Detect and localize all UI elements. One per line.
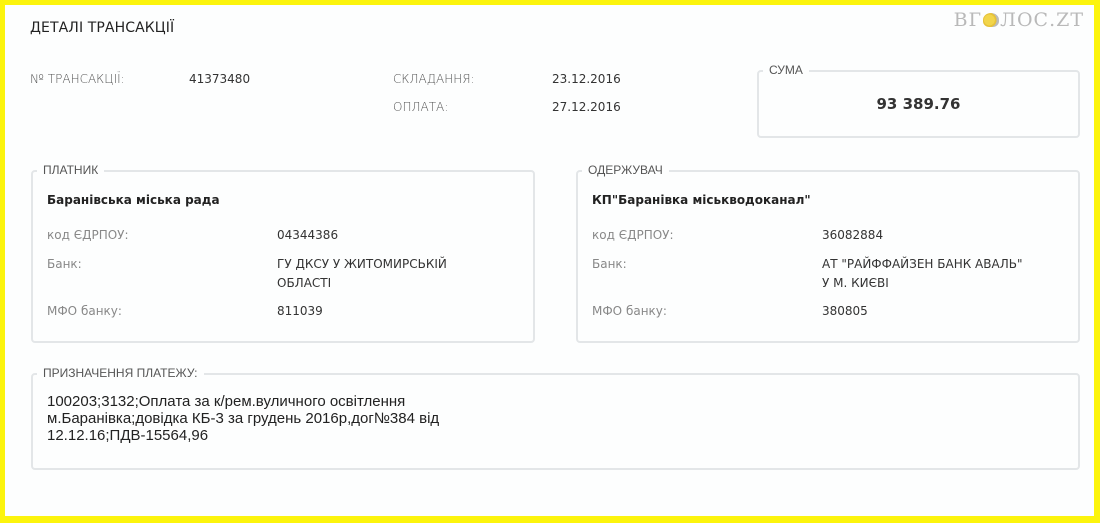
payer-edrpou-label: код ЄДРПОУ:	[47, 228, 129, 242]
transaction-number-label: № ТРАНСАКЦІЇ:	[30, 72, 125, 86]
payment-purpose-legend: ПРИЗНАЧЕННЯ ПЛАТЕЖУ:	[37, 365, 204, 381]
payer-name: Баранівська міська рада	[47, 193, 220, 207]
speaker-wave-icon	[983, 13, 999, 27]
payer-edrpou-value: 04344386	[277, 226, 537, 245]
amount-value: 93 389.76	[759, 95, 1078, 113]
recipient-bank-line2: У М. КИЄВІ	[822, 274, 1082, 293]
amount-label: СУМА	[763, 62, 809, 78]
purpose-line2: м.Баранівка;довідка КБ-3 за грудень 2016…	[47, 410, 507, 427]
paid-date-label: ОПЛАТА:	[393, 100, 448, 114]
payer-bank-line1: ГУ ДКСУ У ЖИТОМИРСЬКІЙ	[277, 255, 537, 274]
recipient-box: ОДЕРЖУВАЧ КП"Баранівка міськводоканал" к…	[576, 170, 1080, 343]
site-logo: ВГ ЛОС.ZT	[954, 9, 1084, 31]
payer-bank-label: Банк:	[47, 257, 82, 271]
logo-text-left: ВГ	[954, 9, 983, 31]
recipient-name: КП"Баранівка міськводоканал"	[592, 193, 811, 207]
amount-box: СУМА 93 389.76	[757, 70, 1080, 138]
recipient-bank-line1: АТ "РАЙФФАЙЗЕН БАНК АВАЛЬ"	[822, 255, 1082, 274]
recipient-edrpou-value: 36082884	[822, 226, 1082, 245]
recipient-mfo-value: 380805	[822, 302, 1082, 321]
purpose-line1: 100203;3132;Оплата за к/рем.вуличного ос…	[47, 393, 507, 410]
payment-purpose-text: 100203;3132;Оплата за к/рем.вуличного ос…	[47, 393, 507, 444]
recipient-bank-label: Банк:	[592, 257, 627, 271]
transaction-details-panel: ДЕТАЛІ ТРАНСАКЦІЇ ВГ ЛОС.ZT № ТРАНСАКЦІЇ…	[5, 5, 1094, 516]
recipient-bank-value: АТ "РАЙФФАЙЗЕН БАНК АВАЛЬ" У М. КИЄВІ	[822, 255, 1082, 293]
paid-date-value: 27.12.2016	[552, 100, 621, 114]
recipient-mfo-label: МФО банку:	[592, 304, 667, 318]
page-title: ДЕТАЛІ ТРАНСАКЦІЇ	[30, 20, 174, 36]
recipient-edrpou-label: код ЄДРПОУ:	[592, 228, 674, 242]
payer-box: ПЛАТНИК Баранівська міська рада код ЄДРП…	[31, 170, 535, 343]
logo-text-right: ЛОС.ZT	[1000, 9, 1084, 31]
payment-purpose-box: ПРИЗНАЧЕННЯ ПЛАТЕЖУ: 100203;3132;Оплата …	[31, 373, 1080, 470]
payer-bank-line2: ОБЛАСТІ	[277, 274, 537, 293]
payer-bank-value: ГУ ДКСУ У ЖИТОМИРСЬКІЙ ОБЛАСТІ	[277, 255, 537, 293]
purpose-line3: 12.12.16;ПДВ-15564,96	[47, 427, 507, 444]
created-date-label: СКЛАДАННЯ:	[393, 72, 475, 86]
transaction-number-value: 41373480	[189, 72, 250, 86]
payer-legend: ПЛАТНИК	[37, 162, 104, 178]
payer-mfo-value: 811039	[277, 302, 537, 321]
recipient-legend: ОДЕРЖУВАЧ	[582, 162, 669, 178]
created-date-value: 23.12.2016	[552, 72, 621, 86]
payer-mfo-label: МФО банку:	[47, 304, 122, 318]
